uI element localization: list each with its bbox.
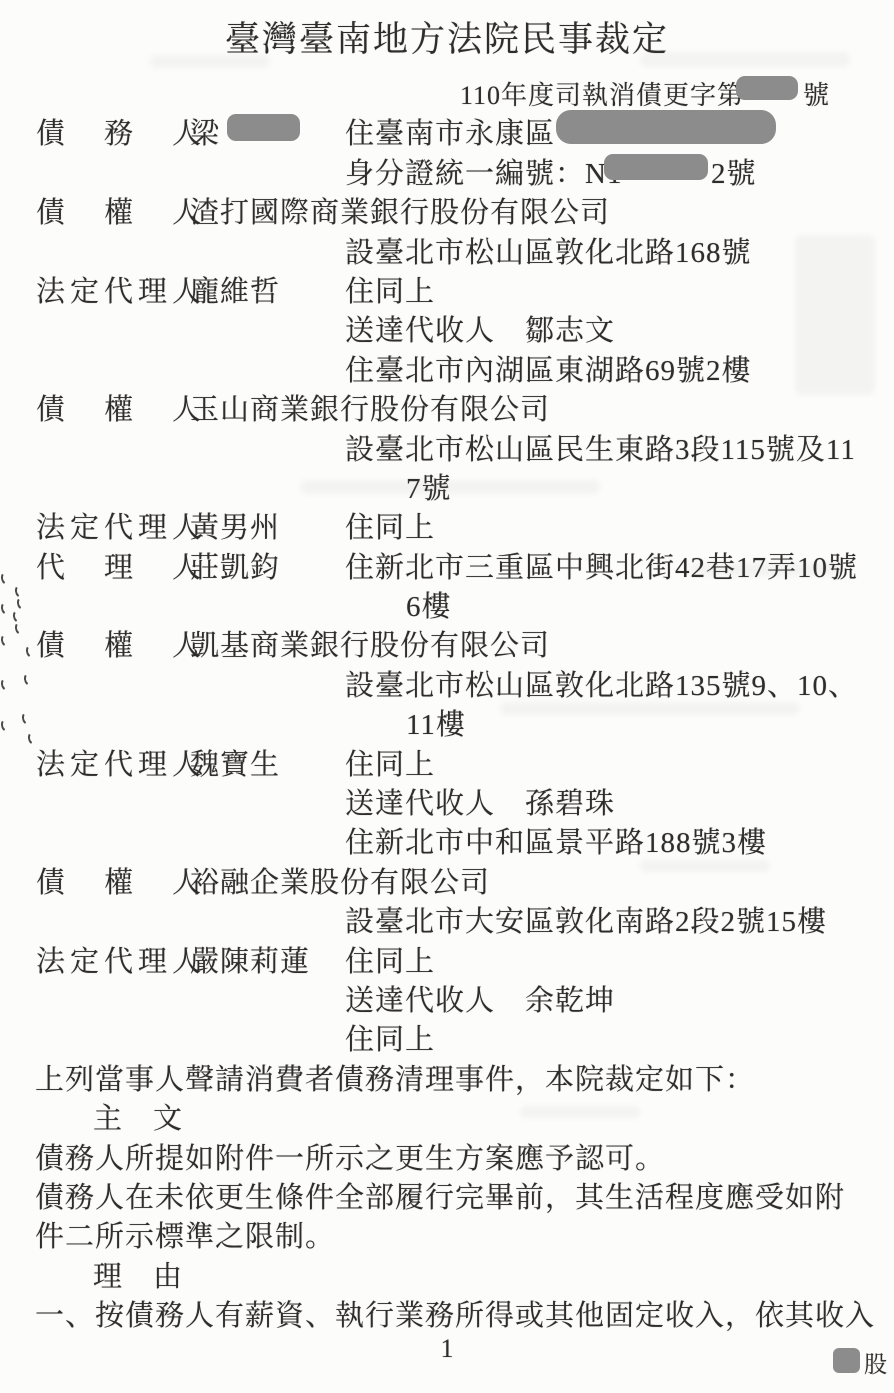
doc-line: 送達代收人 孫碧珠: [0, 777, 894, 816]
bleed-smudge: [150, 55, 270, 68]
bleed-smudge: [500, 702, 800, 715]
doc-line: 一、按債務人有薪資、執行業務所得或其他固定收入，依其收入: [0, 1289, 894, 1328]
redaction-box: [833, 1348, 860, 1373]
doc-line: 債權人渣打國際商業銀行股份有限公司: [0, 186, 894, 225]
doc-line: 法定代理人魏寶生住同上: [0, 738, 894, 777]
bleed-smudge: [300, 480, 600, 494]
doc-line: 法定代理人黃男州住同上: [0, 501, 894, 540]
doc-line: 110年度司執消債更字第號: [0, 68, 894, 107]
page-number: 1: [0, 1334, 894, 1364]
doc-line: 設臺北市松山區民生東路3段115號及11: [0, 423, 894, 462]
doc-line: 上列當事人聲請消費者債務清理事件，本院裁定如下：: [0, 1053, 894, 1092]
redaction-box: [227, 114, 300, 141]
doc-line: 件二所示標準之限制。: [0, 1210, 894, 1249]
doc-line: 債務人在未依更生條件全部履行完畢前，其生活程度應受如附: [0, 1171, 894, 1210]
doc-line: 債務人梁住臺南市永康區: [0, 107, 894, 146]
bleed-smudge: [640, 860, 770, 872]
doc-line: 設臺北市松山區敦化北路168號: [0, 226, 894, 265]
doc-line: 設臺北市大安區敦化南路2段2號15樓: [0, 895, 894, 934]
clerk-stamp-label: 股: [864, 1346, 887, 1379]
doc-line: 身分證統一編號：N12號: [0, 147, 894, 186]
bleed-smudge: [520, 1106, 640, 1118]
bleed-smudge: [640, 52, 850, 67]
bleed-smudge: [795, 235, 875, 395]
bleed-smudge: [690, 563, 840, 576]
clerk-stamp: 股: [833, 1346, 893, 1376]
doc-line: 主 文: [0, 1092, 894, 1131]
doc-line: 理 由: [0, 1250, 894, 1289]
document-page: 臺灣臺南地方法院民事裁定 110年度司執消債更字第號債務人梁住臺南市永康區身分證…: [0, 0, 894, 1393]
doc-line: 住同上: [0, 1013, 894, 1052]
doc-line: 債權人凱基商業銀行股份有限公司: [0, 619, 894, 658]
doc-line: 住臺北市內湖區東湖路69號2樓: [0, 344, 894, 383]
doc-line: 債權人玉山商業銀行股份有限公司: [0, 383, 894, 422]
doc-line: 送達代收人 余乾坤: [0, 974, 894, 1013]
redaction-box: [736, 76, 798, 100]
text-segment: 一、按債務人有薪資、執行業務所得或其他固定收入，依其收入: [35, 1293, 875, 1334]
doc-line: 法定代理人龐維哲住同上: [0, 265, 894, 304]
doc-line: 送達代收人 鄒志文: [0, 304, 894, 343]
doc-line: 住新北市中和區景平路188號3樓: [0, 816, 894, 855]
doc-line: 債務人所提如附件一所示之更生方案應予認可。: [0, 1132, 894, 1171]
doc-line: 6樓: [0, 580, 894, 619]
doc-lines: 110年度司執消債更字第號債務人梁住臺南市永康區身分證統一編號：N12號債權人渣…: [0, 68, 894, 1329]
doc-line: 法定代理人嚴陳莉蓮住同上: [0, 935, 894, 974]
redaction-box: [604, 154, 708, 180]
redaction-box: [556, 110, 776, 144]
doc-line: 設臺北市松山區敦化北路135號9、10、: [0, 659, 894, 698]
